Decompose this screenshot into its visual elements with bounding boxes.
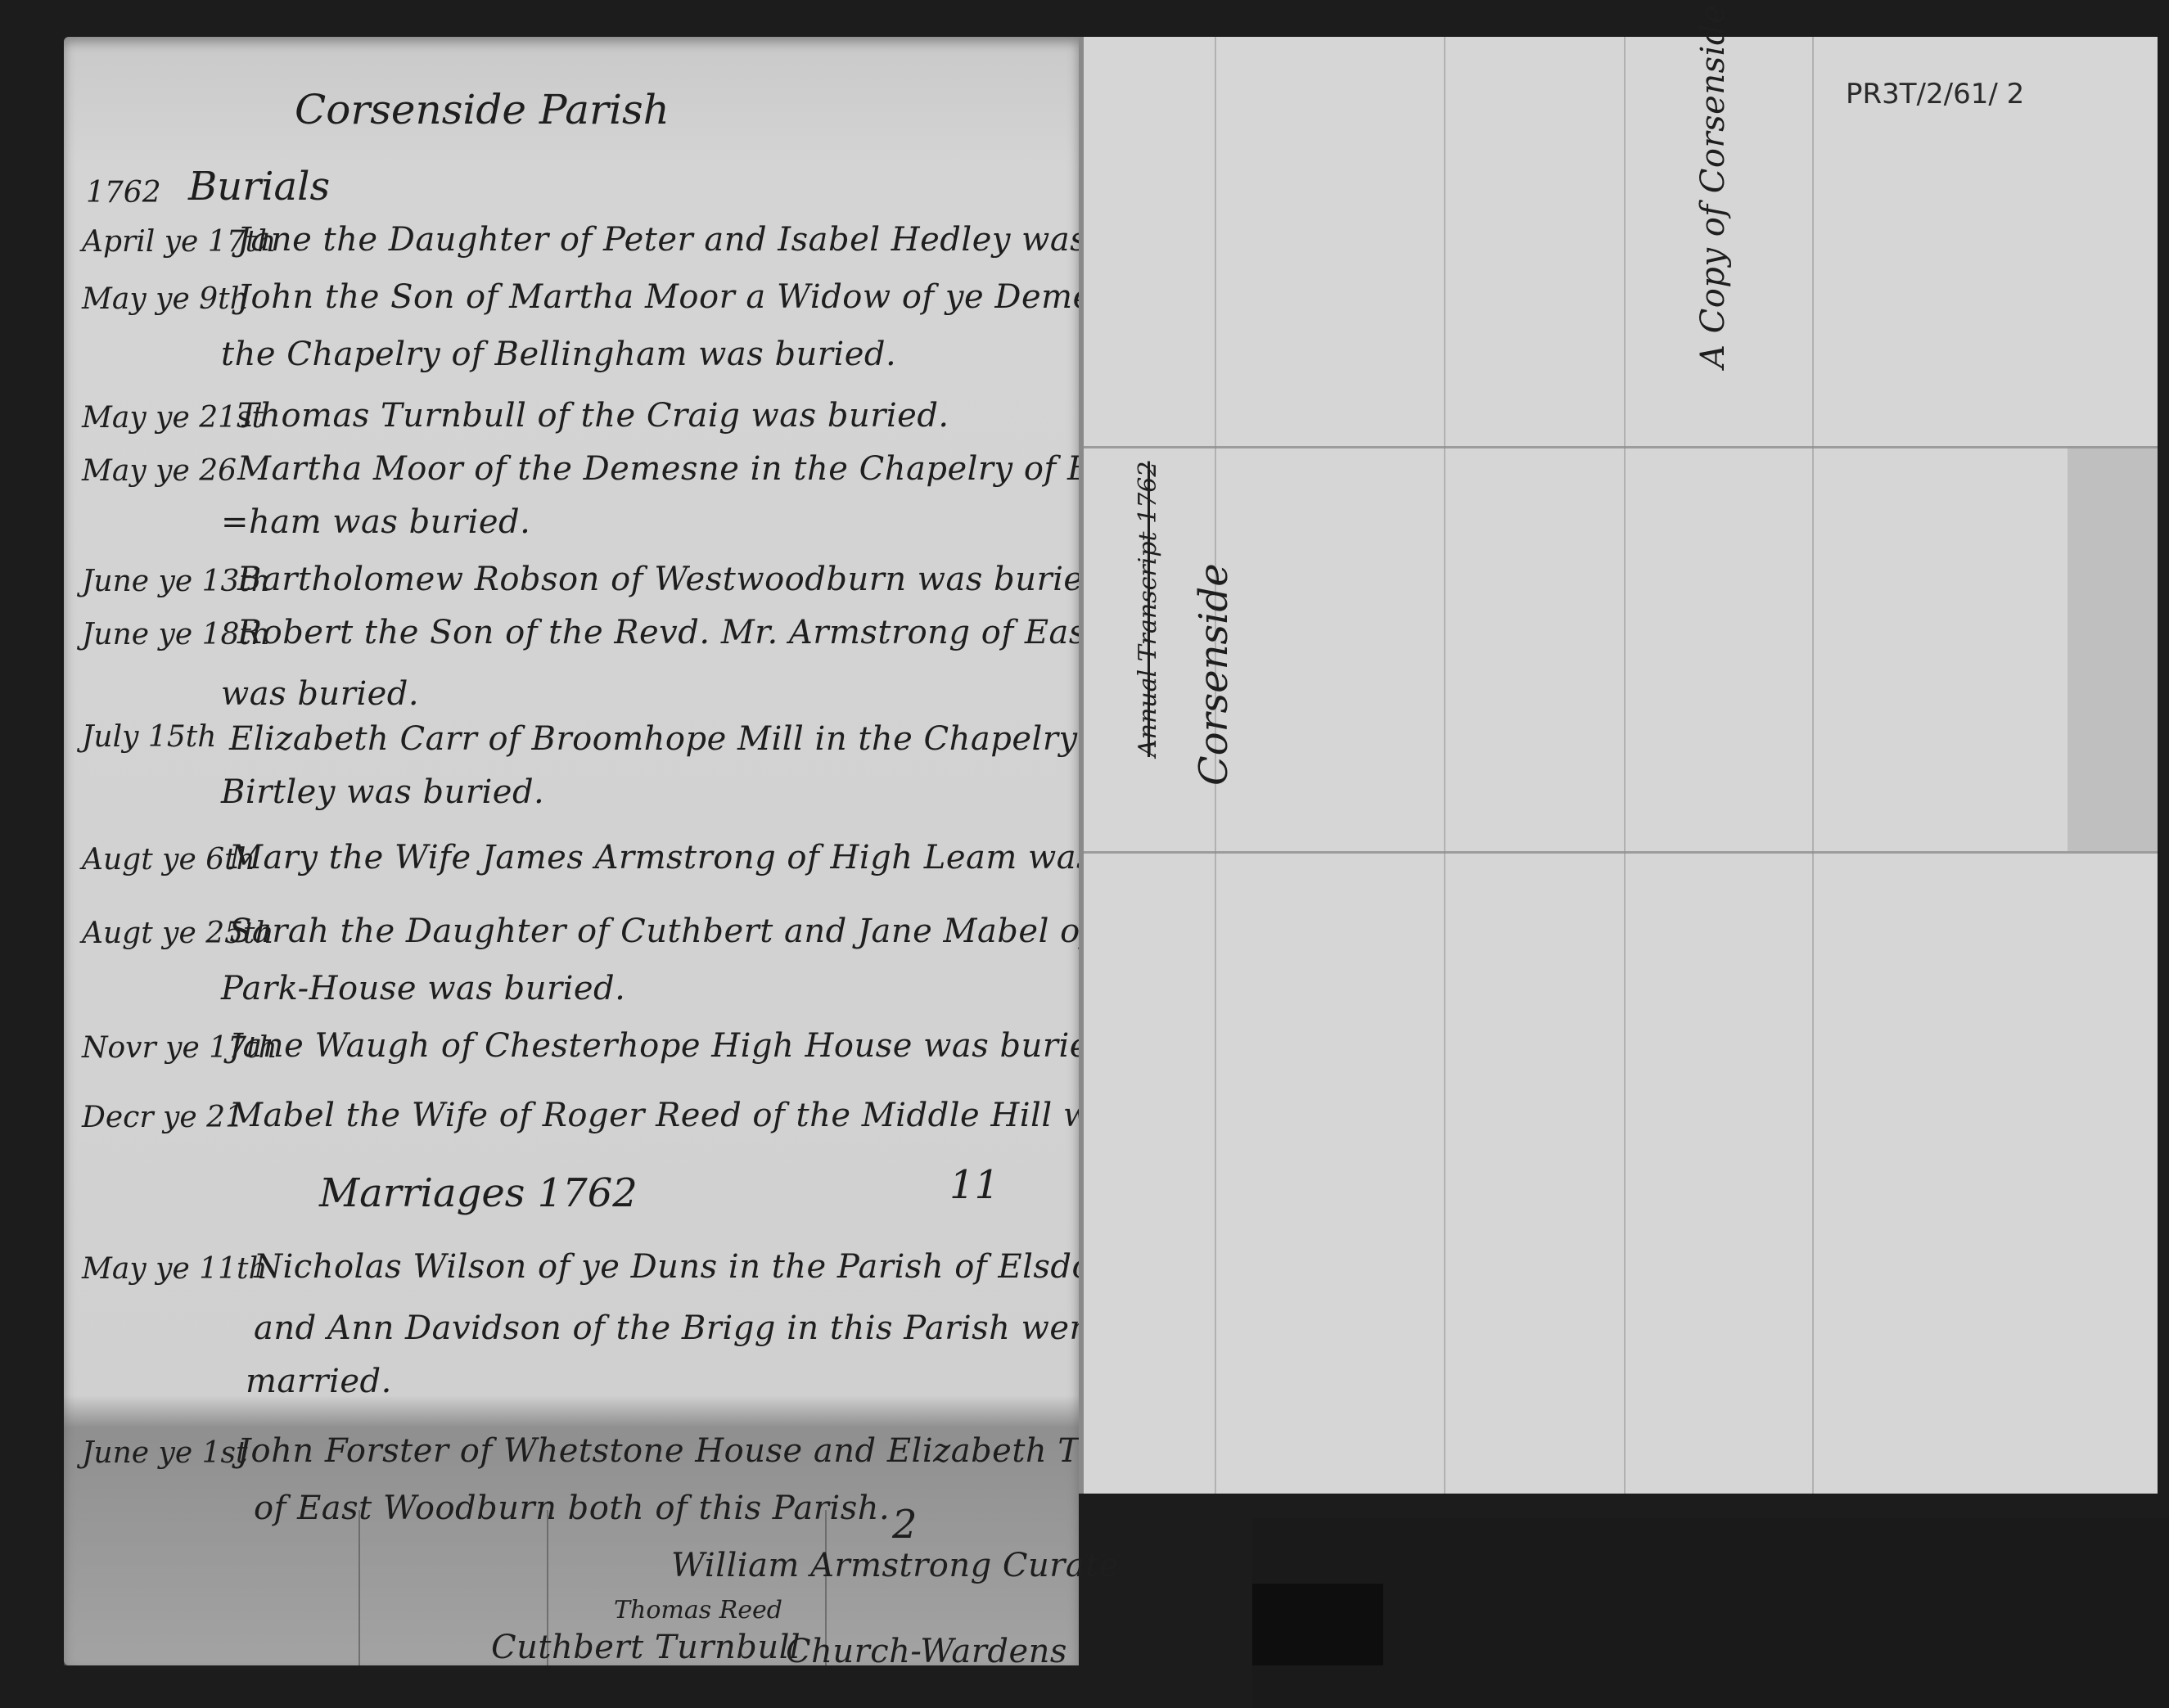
endorsement-vertical: A Copy of Corsenside Register bbox=[1694, 0, 1732, 368]
parish-title: Corsenside Parish bbox=[295, 86, 670, 133]
fold-line bbox=[358, 1510, 360, 1665]
marriage-date: June ye 1st bbox=[82, 1436, 247, 1470]
warden-signature-1: Thomas Reed bbox=[614, 1596, 782, 1625]
warden-signature-2: Cuthbert Turnbull bbox=[491, 1629, 800, 1666]
burial-entry: Elizabeth Carr of Broomhope Mill in the … bbox=[229, 720, 1121, 758]
burial-date: May ye 26 bbox=[82, 454, 237, 488]
marriage-date: May ye 11th bbox=[82, 1252, 268, 1286]
marriage-count-note: 2 bbox=[892, 1502, 918, 1548]
burial-entry: Jane Waugh of Chesterhope High House was… bbox=[229, 1027, 1121, 1065]
burial-entry: John the Son of Martha Moor a Widow of y… bbox=[237, 278, 1194, 316]
burial-entry-continuation: the Chapelry of Bellingham was buried. bbox=[221, 336, 896, 373]
burial-date: July 15th bbox=[82, 720, 216, 754]
burial-entry: Jane the Daughter of Peter and Isabel He… bbox=[237, 221, 1212, 259]
fold-line bbox=[1084, 446, 2158, 448]
shaded-strip bbox=[2068, 446, 2158, 851]
burial-entry-continuation: Park-House was buried. bbox=[221, 970, 625, 1007]
church-wardens-label: Church-Wardens bbox=[786, 1633, 1067, 1670]
marriage-entry-continuation: and Ann Davidson of the Brigg in this Pa… bbox=[254, 1309, 1105, 1347]
endorsement-short: Corsenside bbox=[1191, 563, 1237, 786]
burial-date: May ye 9th bbox=[82, 282, 249, 316]
dark-patch bbox=[1252, 1584, 1383, 1665]
scan-background-cutout bbox=[1252, 1518, 2169, 1708]
marriage-entry-continuation: of East Woodburn both of this Parish. bbox=[254, 1489, 890, 1527]
burial-date: May ye 21st bbox=[82, 401, 264, 435]
curate-signature: William Armstrong Curate bbox=[671, 1547, 1119, 1584]
burial-entry: Mary the Wife James Armstrong of High Le… bbox=[229, 839, 1226, 877]
fold-line bbox=[1444, 37, 1445, 1494]
burial-entry: Sarah the Daughter of Cuthbert and Jane … bbox=[229, 913, 1158, 950]
archive-reference: PR3T/2/61/ 2 bbox=[1846, 78, 2024, 110]
burial-count-note: 11 bbox=[949, 1162, 999, 1208]
burial-entry-continuation: was buried. bbox=[221, 675, 419, 713]
fold-line bbox=[1084, 851, 2158, 854]
burial-entry-continuation: Birtley was buried. bbox=[221, 773, 544, 811]
burial-entry: Thomas Turnbull of the Craig was buried. bbox=[237, 397, 949, 435]
marriage-entry-continuation: married. bbox=[246, 1363, 392, 1400]
burials-heading: Burials bbox=[188, 164, 330, 210]
marriage-entry: Nicholas Wilson of ye Duns in the Parish… bbox=[254, 1248, 1113, 1286]
burial-entry: Bartholomew Robson of Westwoodburn was b… bbox=[237, 561, 1116, 598]
fold-line bbox=[1812, 37, 1814, 1494]
year-label: 1762 bbox=[86, 176, 161, 210]
burial-entry: Martha Moor of the Demesne in the Chapel… bbox=[237, 450, 1215, 488]
marriages-heading: Marriages 1762 bbox=[319, 1170, 638, 1216]
right-page bbox=[1079, 37, 2158, 1494]
struck-note: Annual Transcript 1762 bbox=[1134, 462, 1162, 757]
fold-line bbox=[1624, 37, 1626, 1494]
burial-date: Decr ye 21 bbox=[82, 1101, 244, 1134]
burial-entry-continuation: =ham was buried. bbox=[221, 503, 530, 541]
